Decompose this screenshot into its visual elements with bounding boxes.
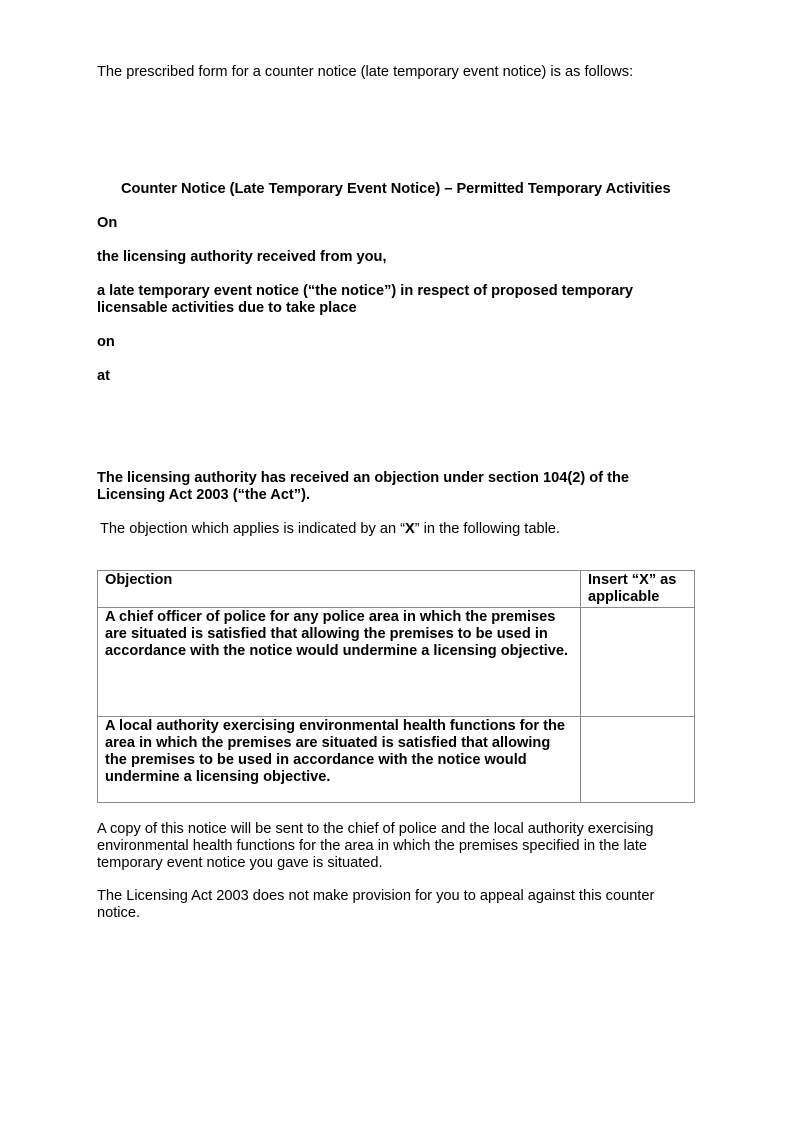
indicated-prefix: The objection which applies is indicated… — [100, 521, 405, 537]
header-insert-x: Insert “X” as applicable — [581, 571, 695, 608]
at-label: at — [97, 368, 110, 385]
indicated-mark: X — [405, 521, 415, 537]
table-row: A chief officer of police for any police… — [98, 608, 695, 717]
header-objection: Objection — [98, 571, 581, 608]
objection-paragraph: The licensing authority has received an … — [97, 470, 697, 504]
intro-text: The prescribed form for a counter notice… — [97, 64, 633, 81]
on-date-label: on — [97, 334, 115, 351]
objection-cell: A chief officer of police for any police… — [98, 608, 581, 717]
form-title: Counter Notice (Late Temporary Event Not… — [121, 181, 671, 198]
received-text: the licensing authority received from yo… — [97, 249, 387, 266]
mark-cell[interactable] — [581, 717, 695, 803]
table-header-row: Objection Insert “X” as applicable — [98, 571, 695, 608]
objection-table: Objection Insert “X” as applicable A chi… — [97, 570, 695, 803]
objection-cell: A local authority exercising environment… — [98, 717, 581, 803]
late-notice-text: a late temporary event notice (“the noti… — [97, 283, 697, 317]
appeal-note: The Licensing Act 2003 does not make pro… — [97, 888, 697, 922]
indicated-text: The objection which applies is indicated… — [100, 521, 560, 538]
mark-cell[interactable] — [581, 608, 695, 717]
indicated-suffix: ” in the following table. — [415, 521, 560, 537]
on-label: On — [97, 215, 117, 232]
copy-note: A copy of this notice will be sent to th… — [97, 821, 697, 872]
table-row: A local authority exercising environment… — [98, 717, 695, 803]
